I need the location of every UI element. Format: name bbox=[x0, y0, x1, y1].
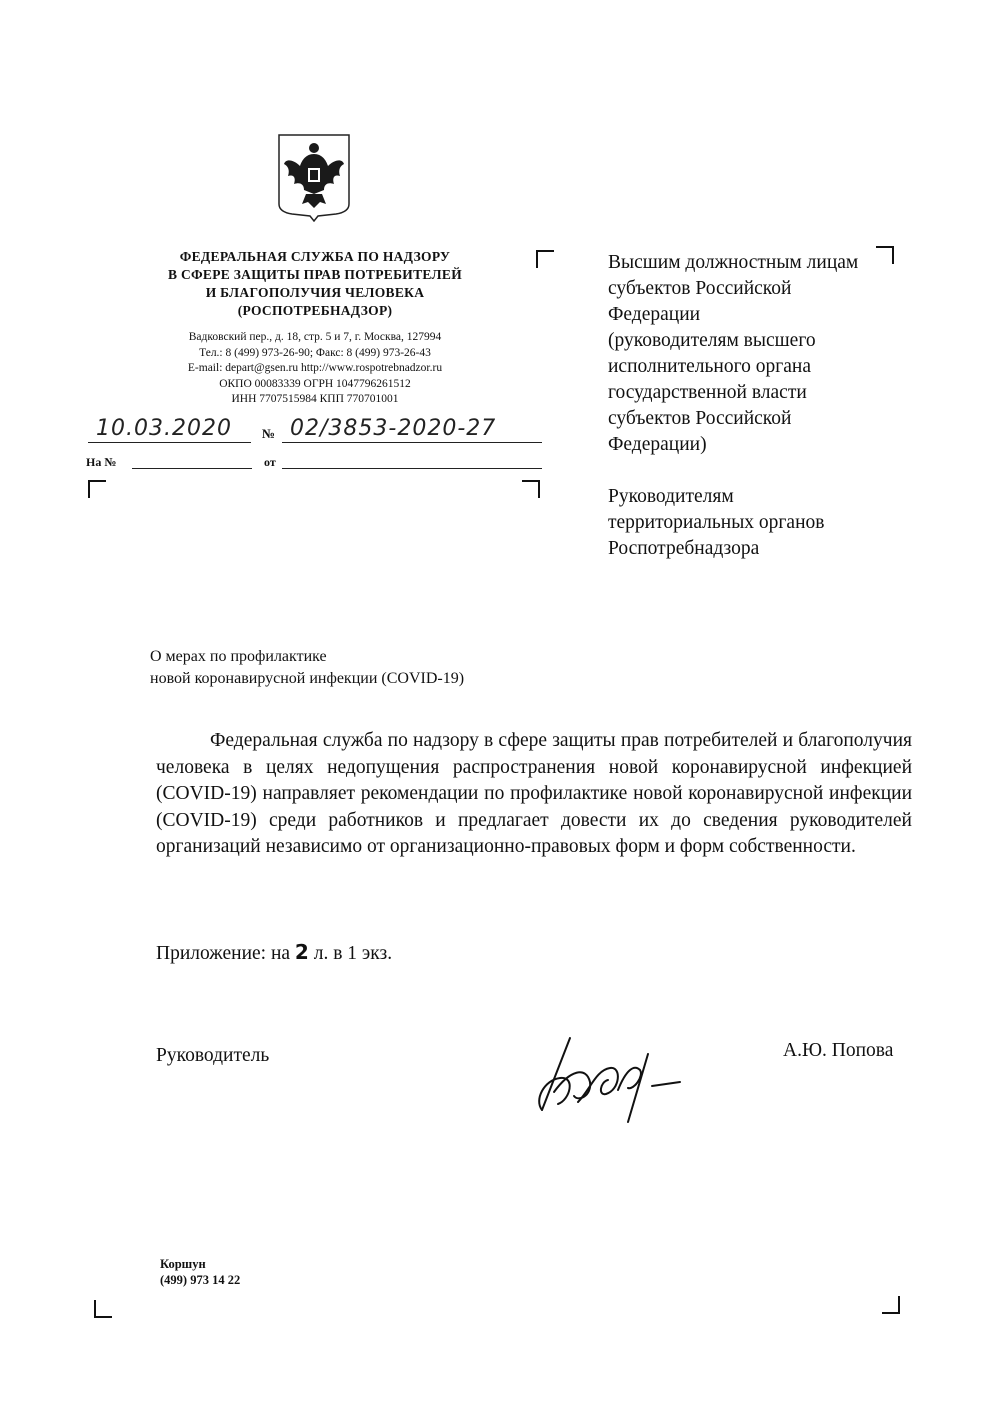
signer-title: Руководитель bbox=[156, 1045, 269, 1067]
letter-subject: О мерах по профилактике новой коронавиру… bbox=[150, 646, 570, 690]
date-underline bbox=[88, 442, 251, 443]
organization-inn-kpp: ИНН 7707515984 КПП 770701001 bbox=[140, 392, 490, 408]
subject-line: О мерах по профилактике bbox=[150, 646, 570, 668]
organization-details: Вадковский пер., д. 18, стр. 5 и 7, г. М… bbox=[140, 330, 490, 408]
handwritten-signature-icon bbox=[530, 1030, 700, 1125]
addressee-line: субъектов Российской bbox=[608, 406, 908, 432]
addressee-line: Руководителям bbox=[608, 484, 908, 510]
corner-bracket-top-right bbox=[522, 480, 540, 498]
organization-address: Вадковский пер., д. 18, стр. 5 и 7, г. М… bbox=[140, 330, 490, 346]
attachment-prefix: Приложение: на bbox=[156, 943, 295, 964]
addressee-line: (руководителям высшего bbox=[608, 328, 908, 354]
corner-bracket-bottom-left bbox=[94, 1300, 112, 1318]
registration-number: 02/3853-2020-27 bbox=[290, 416, 540, 441]
addressee-line: Федерации) bbox=[608, 432, 908, 458]
registration-number-label: № bbox=[262, 426, 275, 442]
coat-of-arms-icon bbox=[276, 132, 352, 222]
organization-email-web: E-mail: depart@gsen.ru http://www.rospot… bbox=[140, 361, 490, 377]
addressee-line: исполнительного органа bbox=[608, 354, 908, 380]
addressee-line: Роспотребнадзора bbox=[608, 536, 908, 562]
number-underline bbox=[282, 442, 542, 443]
attachment-pages: 2 bbox=[295, 940, 309, 964]
organization-name-line: (РОСПОТРЕБНАДЗОР) bbox=[140, 302, 490, 320]
letter-body: Федеральная служба по надзору в сфере за… bbox=[156, 728, 912, 861]
reference-number-label: На № bbox=[86, 455, 116, 470]
reference-date-underline bbox=[282, 468, 542, 469]
organization-name-line: ФЕДЕРАЛЬНАЯ СЛУЖБА ПО НАДЗОРУ bbox=[140, 248, 490, 266]
executor-info: Коршун (499) 973 14 22 bbox=[160, 1256, 240, 1288]
reference-number-underline bbox=[132, 468, 252, 469]
addressee-line: субъектов Российской bbox=[608, 276, 908, 302]
addressee-line: территориальных органов bbox=[608, 510, 908, 536]
organization-phone-fax: Тел.: 8 (499) 973-26-90; Факс: 8 (499) 9… bbox=[140, 346, 490, 362]
corner-bracket-top-left bbox=[88, 480, 106, 498]
executor-phone: (499) 973 14 22 bbox=[160, 1272, 240, 1288]
registration-date: 10.03.2020 bbox=[96, 416, 256, 441]
organization-okpo-ogrn: ОКПО 00083339 ОГРН 1047796261512 bbox=[140, 377, 490, 393]
corner-bracket-addressee-top-left bbox=[536, 250, 554, 268]
organization-name-line: В СФЕРЕ ЗАЩИТЫ ПРАВ ПОТРЕБИТЕЛЕЙ bbox=[140, 266, 490, 284]
subject-line: новой коронавирусной инфекции (COVID-19) bbox=[150, 668, 570, 690]
addressee-line: Федерации bbox=[608, 302, 908, 328]
corner-bracket-bottom-right bbox=[882, 1296, 900, 1314]
signer-name: А.Ю. Попова bbox=[783, 1040, 893, 1062]
addressee-block: Высшим должностным лицам субъектов Росси… bbox=[608, 250, 908, 562]
addressee-line: Высшим должностным лицам bbox=[608, 250, 908, 276]
reference-date-label: от bbox=[264, 455, 276, 470]
attachment-suffix: л. в 1 экз. bbox=[309, 943, 392, 964]
organization-name: ФЕДЕРАЛЬНАЯ СЛУЖБА ПО НАДЗОРУ В СФЕРЕ ЗА… bbox=[140, 248, 490, 320]
addressee-line: государственной власти bbox=[608, 380, 908, 406]
organization-name-line: И БЛАГОПОЛУЧИЯ ЧЕЛОВЕКА bbox=[140, 284, 490, 302]
attachment-note: Приложение: на 2 л. в 1 экз. bbox=[156, 940, 392, 965]
executor-name: Коршун bbox=[160, 1256, 240, 1272]
